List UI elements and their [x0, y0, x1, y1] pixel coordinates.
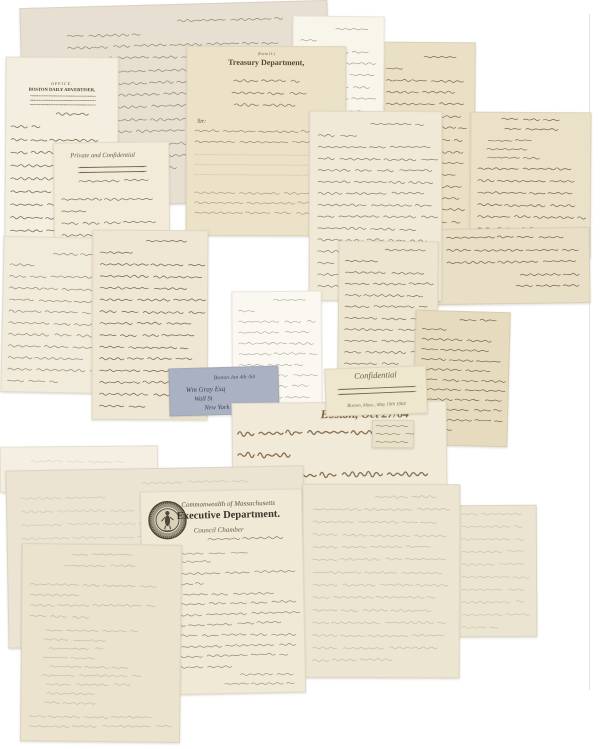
manuscript-collage: (Form 11.)Treasury Department,Sir:OFFICE… — [0, 0, 600, 749]
note-confidential: ConfidentialBoston, Mass., May 10th 1864 — [324, 365, 428, 417]
handwriting — [21, 544, 183, 744]
envelope-street: Wall St — [194, 396, 213, 403]
handwriting — [436, 228, 591, 306]
envelope-city: New York — [204, 405, 229, 412]
sheet-bottom-middle — [302, 484, 461, 679]
handwriting — [325, 366, 429, 418]
handwriting — [456, 506, 539, 638]
envelope-addressee: Wm Gray Esq — [186, 386, 225, 394]
scrap-note — [372, 420, 414, 448]
sheet-telegraph-signature — [435, 227, 590, 305]
sheet-inventory-list — [20, 543, 182, 743]
handwriting — [373, 421, 415, 449]
sheet-bottom-right — [455, 505, 538, 637]
handwriting — [303, 485, 462, 680]
envelope-postmark: Boston Jan 4th /64 — [214, 375, 256, 382]
